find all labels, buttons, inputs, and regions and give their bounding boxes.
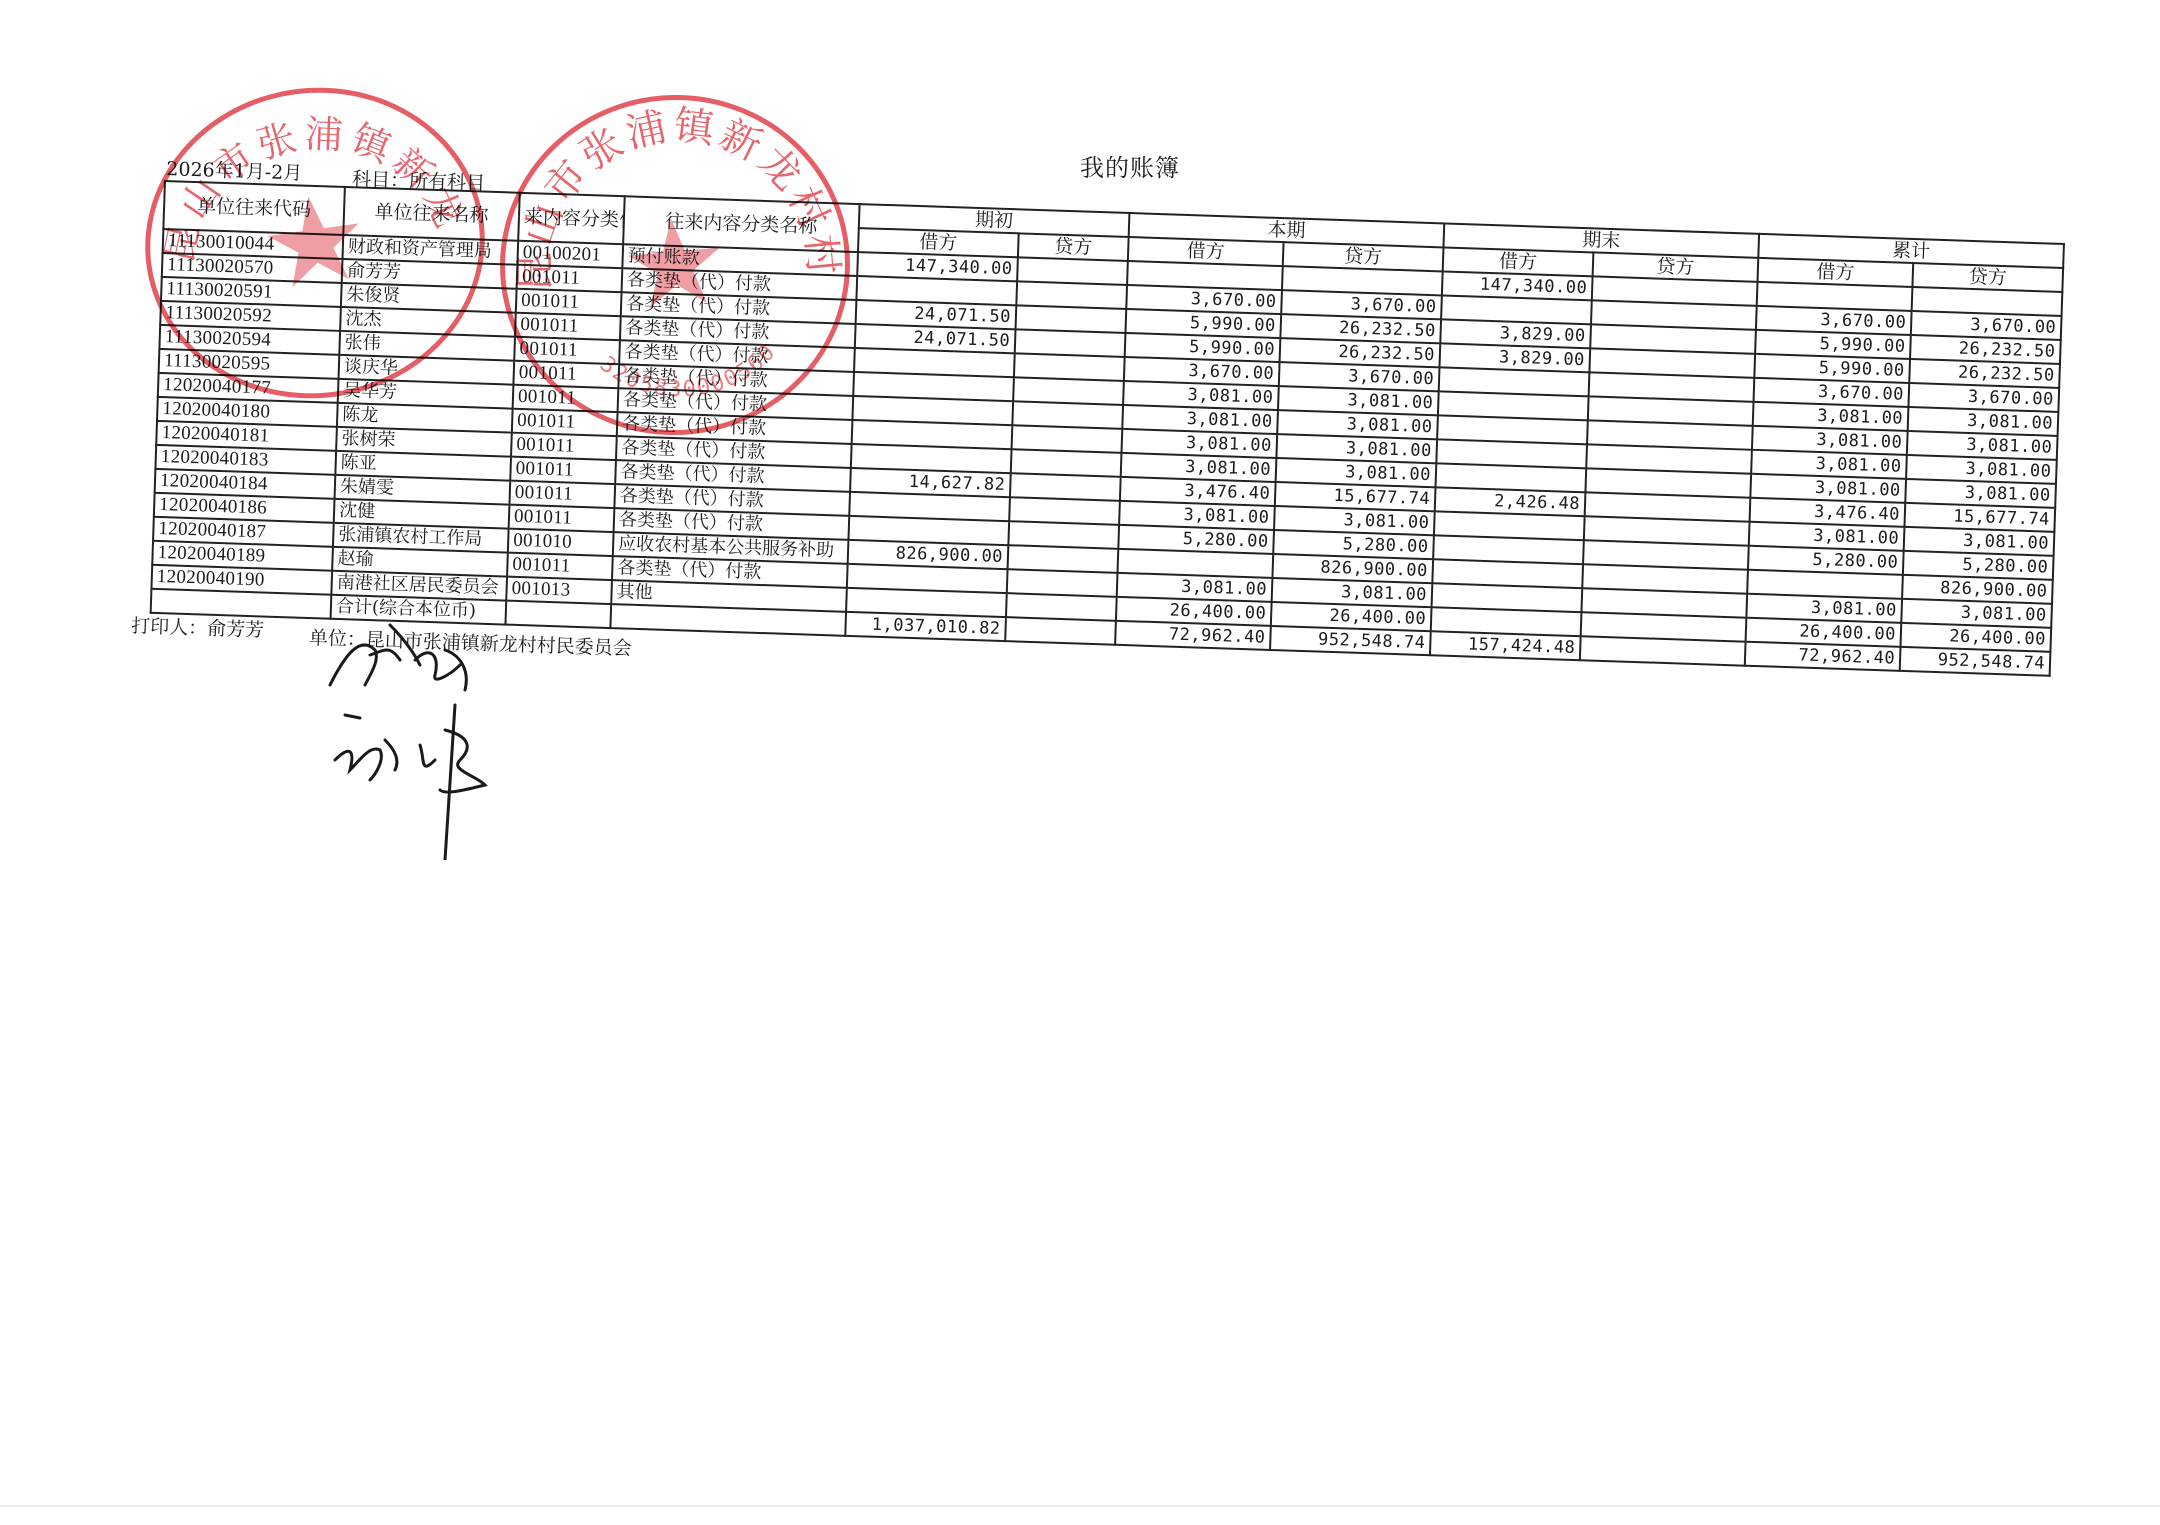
printer-label: 打印人：俞芳芳 xyxy=(131,611,265,642)
cell-opening-credit xyxy=(1013,377,1124,405)
total-label: 合计(综合本位币) xyxy=(331,595,507,625)
header-category-code: 来内容分类代 xyxy=(518,193,625,244)
cell-opening-credit xyxy=(1016,305,1127,333)
unit-label: 单位：昆山市张浦镇新龙村村民委员会 xyxy=(309,623,633,661)
total-blank-2 xyxy=(505,601,611,628)
total-cumulative-credit: 952,548.74 xyxy=(1900,647,2051,676)
cell-category-code: 001011 xyxy=(514,337,620,364)
header-name: 单位往来名称 xyxy=(343,187,519,241)
header-code: 单位往来代码 xyxy=(163,181,344,235)
total-opening-debit: 1,037,010.82 xyxy=(845,612,1006,641)
total-cumulative-debit: 72,962.40 xyxy=(1745,642,1901,671)
cell-opening-credit xyxy=(1008,545,1119,573)
cell-opening-credit xyxy=(1012,425,1123,453)
cell-category-code: 001011 xyxy=(509,505,615,532)
total-opening-credit xyxy=(1005,617,1116,645)
header-category-name: 往来内容分类名称 xyxy=(623,196,859,252)
cell-opening-credit xyxy=(1012,401,1123,429)
page-title: 我的账簿 xyxy=(1080,148,1180,183)
cell-opening-credit xyxy=(1006,593,1117,621)
subject-label: 科目：所有科目 xyxy=(352,164,486,195)
cell-opening-credit xyxy=(1017,257,1128,285)
ledger-body: 11130010044 财政和资产管理局 00100201 预付账款 147,3… xyxy=(151,229,2063,676)
cell-category-code: 001010 xyxy=(508,529,614,556)
cell-category-code: 001011 xyxy=(512,409,618,436)
cell-opening-credit xyxy=(1007,569,1118,597)
signature-shen-jian-icon xyxy=(325,690,505,860)
cell-category-code: 001013 xyxy=(506,577,612,604)
cell-category-code: 001011 xyxy=(513,385,619,412)
cell-opening-credit xyxy=(1016,281,1127,309)
period-label: 2026年1月-2月 xyxy=(166,154,303,185)
cell-category-code: 001011 xyxy=(517,265,623,292)
total-current-debit: 72,962.40 xyxy=(1115,621,1271,650)
cell-category-code: 001011 xyxy=(515,313,621,340)
cell-category-code: 001011 xyxy=(511,433,617,460)
cell-category-code: 001011 xyxy=(509,481,615,508)
ledger-sheet: 2026年1月-2月 科目：所有科目 单位往来代码 单位往来名称 来内容分类代 … xyxy=(149,150,2069,709)
total-current-credit: 952,548.74 xyxy=(1270,626,1431,655)
cell-category-code: 001011 xyxy=(513,361,619,388)
cell-category-code: 001011 xyxy=(516,289,622,316)
ledger-table: 单位往来代码 单位往来名称 来内容分类代 往来内容分类名称 期初 本期 期末 累… xyxy=(150,180,2065,677)
cell-opening-credit xyxy=(1014,353,1125,381)
header-opening-credit: 贷方 xyxy=(1018,233,1129,261)
cell-opening-credit xyxy=(1009,497,1120,525)
scan-edge-divider xyxy=(0,1505,2160,1507)
cell-opening-credit xyxy=(1015,329,1126,357)
cell-opening-credit xyxy=(1010,473,1121,501)
cell-category-code: 001011 xyxy=(510,457,616,484)
cell-opening-credit xyxy=(1011,449,1122,477)
total-closing-debit: 157,424.48 xyxy=(1430,631,1581,660)
cell-category-code: 00100201 xyxy=(517,241,623,268)
total-closing-credit xyxy=(1580,636,1746,665)
cell-category-code: 001011 xyxy=(507,553,613,580)
cell-opening-credit xyxy=(1008,521,1119,549)
